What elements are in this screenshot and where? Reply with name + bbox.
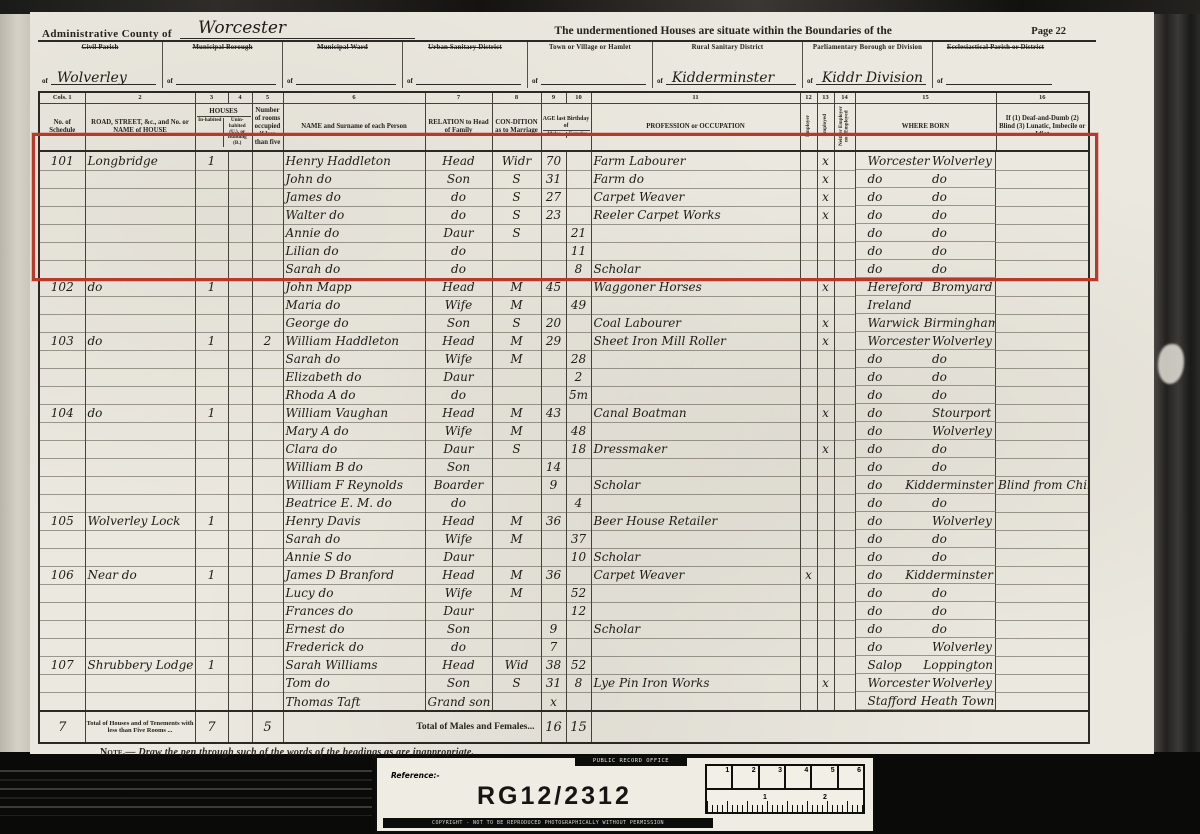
cell-relation: Head [425,151,492,170]
cell-road: do [85,332,195,350]
cell-age_f: 52 [566,584,591,602]
cell-schedule [39,422,85,440]
header-houses: HOUSES In-habited Unin-habited (U.), or … [195,103,252,151]
cell-occupation [591,296,800,314]
census-table: Cols. 1 2 3 4 5 6 7 8 9 10 11 12 13 14 1… [38,91,1090,744]
cell-e13 [817,638,834,656]
parish-field: Municipal Wardof [283,42,403,88]
cell-occupation [591,224,800,242]
header-inhabited: In-habited [197,118,225,147]
cell-inhabited [195,692,228,711]
cell-schedule: 103 [39,332,85,350]
cell-e14 [834,404,855,422]
cell-uninhabited [228,566,252,584]
field-value: ofWolverley [42,71,156,85]
cell-relation: Wife [425,530,492,548]
cell-born: dodo [856,368,997,386]
cell-road [85,368,195,386]
cell-e14 [834,422,855,440]
cell-relation: Head [425,332,492,350]
table-row: Ernest doSon9Scholardodo [39,620,1089,638]
ruler-inch-scale: 12 [705,790,865,814]
cell-e14 [834,494,855,512]
header-age-females: Females [567,132,590,138]
cell-rooms [252,296,283,314]
cell-name: Rhoda A do [283,386,425,404]
cell-infirmity [996,440,1089,458]
cell-condition [492,548,541,566]
table-row: Beatrice E. M. dodo4dodo [39,494,1089,512]
cell-inhabited [195,224,228,242]
cell-schedule: 104 [39,404,85,422]
cell-uninhabited [228,206,252,224]
cell-born: dodo [856,170,997,188]
cell-road: Wolverley Lock [85,512,195,530]
cell-age_f [566,404,591,422]
cell-e14 [834,440,855,458]
cell-condition [492,476,541,494]
cell-inhabited: 1 [195,656,228,674]
cell-e12 [800,692,817,711]
cell-uninhabited [228,584,252,602]
cell-e13: x [817,314,834,332]
table-row: Mary A doWifeM48doWolverley [39,422,1089,440]
header-infirmity: If (1) Deaf-and-Dumb (2) Blind (3) Lunat… [996,103,1089,151]
cell-relation: Grand son [425,692,492,711]
cell-name: Lilian do [283,242,425,260]
cell-road [85,314,195,332]
cell-infirmity: Blind from Childhood [996,476,1089,494]
cell-e13 [817,260,834,278]
header-occupation: PROFESSION or OCCUPATION [591,103,800,151]
cell-age_m [541,530,566,548]
cell-e12 [800,584,817,602]
stamp-reference-number: RG12/2312 [477,782,632,811]
cell-road [85,350,195,368]
table-row: James dodoS27Carpet Weaverxdodo [39,188,1089,206]
cell-uninhabited [228,692,252,711]
cell-uninhabited [228,620,252,638]
cell-infirmity [996,151,1089,170]
cell-e12 [800,530,817,548]
cell-e13 [817,656,834,674]
cell-born: doKidderminster [856,476,997,494]
cell-born: dodo [856,548,997,566]
cell-uninhabited [228,530,252,548]
admin-county-label: Administrative County of [42,28,172,40]
cell-relation: Wife [425,422,492,440]
cell-age_f: 12 [566,602,591,620]
cell-schedule: 101 [39,151,85,170]
cell-road [85,584,195,602]
cell-e13 [817,584,834,602]
ruler-cm-scale: 123456 [705,764,865,790]
cell-occupation: Scholar [591,620,800,638]
cell-schedule: 106 [39,566,85,584]
cell-relation: do [425,638,492,656]
cell-e14 [834,296,855,314]
cell-name: John Mapp [283,278,425,296]
field-label: Municipal Borough [167,44,278,52]
cell-rooms [252,620,283,638]
cell-inhabited [195,296,228,314]
cell-condition: S [492,206,541,224]
cell-born: doWolverley [856,422,997,440]
cell-age_m: x [541,692,566,711]
cell-schedule [39,692,85,711]
cell-e12 [800,638,817,656]
cell-occupation: Beer House Retailer [591,512,800,530]
cell-born: dodo [856,458,997,476]
cell-age_f [566,332,591,350]
col-num: 5 [252,92,283,103]
cell-age_m: 29 [541,332,566,350]
cell-infirmity [996,584,1089,602]
table-row: Sarah doWifeM28dodo [39,350,1089,368]
cell-age_m: 27 [541,188,566,206]
cell-age_m: 36 [541,512,566,530]
cell-age_f: 37 [566,530,591,548]
cell-rooms [252,692,283,711]
cell-uninhabited [228,512,252,530]
table-row: 103do12William HaddletonHeadM29Sheet Iro… [39,332,1089,350]
cell-uninhabited [228,242,252,260]
table-row: Elizabeth doDaur2dodo [39,368,1089,386]
cell-e14 [834,512,855,530]
cell-relation: Daur [425,548,492,566]
cell-name: Elizabeth do [283,368,425,386]
cell-condition: S [492,314,541,332]
cell-age_m: 31 [541,674,566,692]
header-relation: RELATION to Head of Family [425,103,492,151]
cell-inhabited: 1 [195,566,228,584]
cell-age_f [566,170,591,188]
cell-road [85,206,195,224]
cell-born: Ireland [856,296,997,314]
cell-age_f [566,692,591,711]
cell-age_f [566,278,591,296]
cell-e14 [834,332,855,350]
cell-inhabited [195,620,228,638]
cell-relation: do [425,386,492,404]
cell-born: dodo [856,206,997,224]
total-females: 15 [566,711,591,743]
cell-infirmity [996,296,1089,314]
cell-age_m: 43 [541,404,566,422]
cell-schedule [39,674,85,692]
cell-born: dodo [856,188,997,206]
cell-road: Near do [85,566,195,584]
stamp-reference-label: Reference:- [391,771,440,780]
cell-inhabited [195,458,228,476]
cell-schedule [39,620,85,638]
cell-age_m: 31 [541,170,566,188]
census-scan-page: Administrative County of Worcester The u… [0,0,1200,834]
totals-row: 7 Total of Houses and of Tenements with … [39,711,1089,743]
table-row: 102do1John MappHeadM45Waggoner HorsesxHe… [39,278,1089,296]
cell-uninhabited [228,296,252,314]
col-num: 14 [834,92,855,103]
col-num: 8 [492,92,541,103]
cell-e14 [834,224,855,242]
cell-born: dodo [856,602,997,620]
cell-born: dodo [856,224,997,242]
total-males: 16 [541,711,566,743]
parish-field: Parliamentary Borough or DivisionofKiddr… [803,42,933,88]
cell-e12 [800,224,817,242]
cell-road [85,692,195,711]
cell-occupation: Dressmaker [591,440,800,458]
cell-name: Frances do [283,602,425,620]
cell-occupation: Scholar [591,260,800,278]
column-numbers-row: Cols. 1 2 3 4 5 6 7 8 9 10 11 12 13 14 1… [39,92,1089,103]
total-rooms: 5 [252,711,283,743]
cell-schedule [39,350,85,368]
parish-field: Municipal Boroughof [163,42,283,88]
cell-e12 [800,170,817,188]
cell-condition: M [492,422,541,440]
col-num: 3 [195,92,228,103]
cell-e13 [817,368,834,386]
cell-schedule: 105 [39,512,85,530]
cell-e12 [800,314,817,332]
col-num: 15 [855,92,996,103]
parish-field: Rural Sanitary DistrictofKidderminster [653,42,803,88]
cell-e14 [834,314,855,332]
cell-rooms [252,530,283,548]
cell-inhabited [195,386,228,404]
cell-condition: M [492,530,541,548]
cell-e12 [800,332,817,350]
field-label: Municipal Ward [287,44,398,52]
cell-schedule: 107 [39,656,85,674]
cell-condition: M [492,512,541,530]
cell-occupation [591,692,800,711]
cell-inhabited [195,368,228,386]
cell-road [85,674,195,692]
cell-e13: x [817,440,834,458]
cell-inhabited: 1 [195,151,228,170]
stamp-copyright: COPYRIGHT - NOT TO BE REPRODUCED PHOTOGR… [383,818,713,828]
cell-e12 [800,656,817,674]
cell-age_f: 48 [566,422,591,440]
footnote-cap: Note. [100,747,126,758]
total-inhabited: 7 [195,711,228,743]
cell-road: do [85,278,195,296]
cell-age_m: 7 [541,638,566,656]
header-age: AGE last Birthday of Males Females [541,103,591,151]
table-row: Rhoda A dodo5mdodo [39,386,1089,404]
cell-age_f [566,566,591,584]
cell-e14 [834,584,855,602]
cell-relation: Daur [425,368,492,386]
cell-name: Annie do [283,224,425,242]
cell-born: dodo [856,260,997,278]
field-value: of [167,71,276,85]
cell-uninhabited [228,368,252,386]
cell-schedule [39,188,85,206]
cell-e12 [800,151,817,170]
cell-e13: x [817,170,834,188]
cell-occupation [591,368,800,386]
cell-occupation: Canal Boatman [591,404,800,422]
cell-infirmity [996,530,1089,548]
cell-age_f [566,314,591,332]
cell-rooms [252,422,283,440]
cell-relation: Daur [425,602,492,620]
cell-age_m [541,296,566,314]
header-road: ROAD, STREET, &c., and No. or NAME of HO… [85,103,195,151]
cell-uninhabited [228,188,252,206]
cell-occupation [591,530,800,548]
table-row: Frederick dodo7doWolverley [39,638,1089,656]
cell-age_m: 45 [541,278,566,296]
cell-e14 [834,260,855,278]
cell-road [85,602,195,620]
cell-age_m: 23 [541,206,566,224]
header-name: NAME and Surname of each Person [283,103,425,151]
cell-e14 [834,566,855,584]
cell-age_m [541,386,566,404]
cell-infirmity [996,224,1089,242]
cell-inhabited [195,314,228,332]
pro-stamp: PUBLIC RECORD OFFICE Reference:- RG12/23… [375,756,875,833]
cell-age_f [566,458,591,476]
cell-infirmity [996,368,1089,386]
cell-e14 [834,548,855,566]
parish-field: Urban Sanitary Districtof [403,42,528,88]
cell-born: doWolverley [856,512,997,530]
cell-road [85,638,195,656]
cell-born: dodo [856,440,997,458]
table-row: Sarah doWifeM37dodo [39,530,1089,548]
cell-e14 [834,242,855,260]
cell-infirmity [996,260,1089,278]
cell-road [85,458,195,476]
cell-e13: x [817,188,834,206]
cell-schedule [39,260,85,278]
cell-road [85,476,195,494]
cell-condition: S [492,224,541,242]
cell-condition [492,638,541,656]
cell-condition [492,458,541,476]
cell-relation: Boarder [425,476,492,494]
cell-age_m: 9 [541,476,566,494]
cell-relation: Daur [425,440,492,458]
scan-edge-right [1152,14,1200,758]
cell-name: Beatrice E. M. do [283,494,425,512]
cell-rooms [252,548,283,566]
cell-road [85,242,195,260]
cell-age_f: 21 [566,224,591,242]
cell-e12 [800,368,817,386]
cell-relation: Head [425,512,492,530]
cell-occupation: Carpet Weaver [591,188,800,206]
cell-e14 [834,278,855,296]
cell-age_f: 49 [566,296,591,314]
cell-e14 [834,368,855,386]
parish-field: Civil ParishofWolverley [38,42,163,88]
cell-e13 [817,566,834,584]
col-num: 4 [228,92,252,103]
cell-e14 [834,602,855,620]
cell-occupation: Sheet Iron Mill Roller [591,332,800,350]
cell-e13 [817,476,834,494]
cell-rooms [252,260,283,278]
cell-born: doKidderminster [856,566,997,584]
cell-e12 [800,206,817,224]
cell-infirmity [996,548,1089,566]
cell-age_m: 70 [541,151,566,170]
cell-occupation [591,494,800,512]
cell-schedule [39,530,85,548]
cell-schedule [39,224,85,242]
cell-schedule [39,458,85,476]
col-num: Cols. 1 [39,92,85,103]
cell-age_f [566,476,591,494]
cell-rooms [252,314,283,332]
header-where-born: WHERE BORN [855,103,996,151]
cell-e12 [800,350,817,368]
cell-name: Sarah do [283,260,425,278]
form-header: Administrative County of Worcester The u… [38,16,1096,88]
col-num: 9 [541,92,566,103]
cell-e12 [800,602,817,620]
cell-rooms [252,386,283,404]
cell-name: James do [283,188,425,206]
header-uninhabited: Unin-habited (U.), or Building (B.) [224,118,251,147]
cell-uninhabited [228,602,252,620]
header-employer: Employer [800,103,817,151]
pro-office-band: PUBLIC RECORD OFFICE [575,756,687,766]
cell-rooms [252,674,283,692]
field-label: Town or Village or Hamlet [532,44,648,52]
cell-born: WorcesterWolverley [856,332,997,350]
cell-road [85,170,195,188]
col-num: 2 [85,92,195,103]
cell-age_f: 5m [566,386,591,404]
cell-name: Sarah do [283,350,425,368]
cell-infirmity [996,350,1089,368]
field-value: of [287,71,396,85]
col-num: 7 [425,92,492,103]
cell-uninhabited [228,224,252,242]
cell-uninhabited [228,674,252,692]
cell-e12 [800,242,817,260]
cell-inhabited [195,350,228,368]
cell-e13 [817,296,834,314]
cell-name: Tom do [283,674,425,692]
cell-relation: do [425,188,492,206]
cell-schedule [39,584,85,602]
cell-e13: x [817,278,834,296]
cell-relation: Wife [425,350,492,368]
cell-inhabited [195,674,228,692]
cell-uninhabited [228,151,252,170]
cell-e13: x [817,332,834,350]
cell-born: WorcesterWolverley [856,674,997,692]
cell-e13 [817,386,834,404]
cell-uninhabited [228,404,252,422]
cell-name: Maria do [283,296,425,314]
cell-e13 [817,422,834,440]
cell-age_f: 2 [566,368,591,386]
cell-inhabited: 1 [195,512,228,530]
cell-infirmity [996,656,1089,674]
cell-condition [492,620,541,638]
cell-age_f: 52 [566,656,591,674]
cell-e13: x [817,151,834,170]
